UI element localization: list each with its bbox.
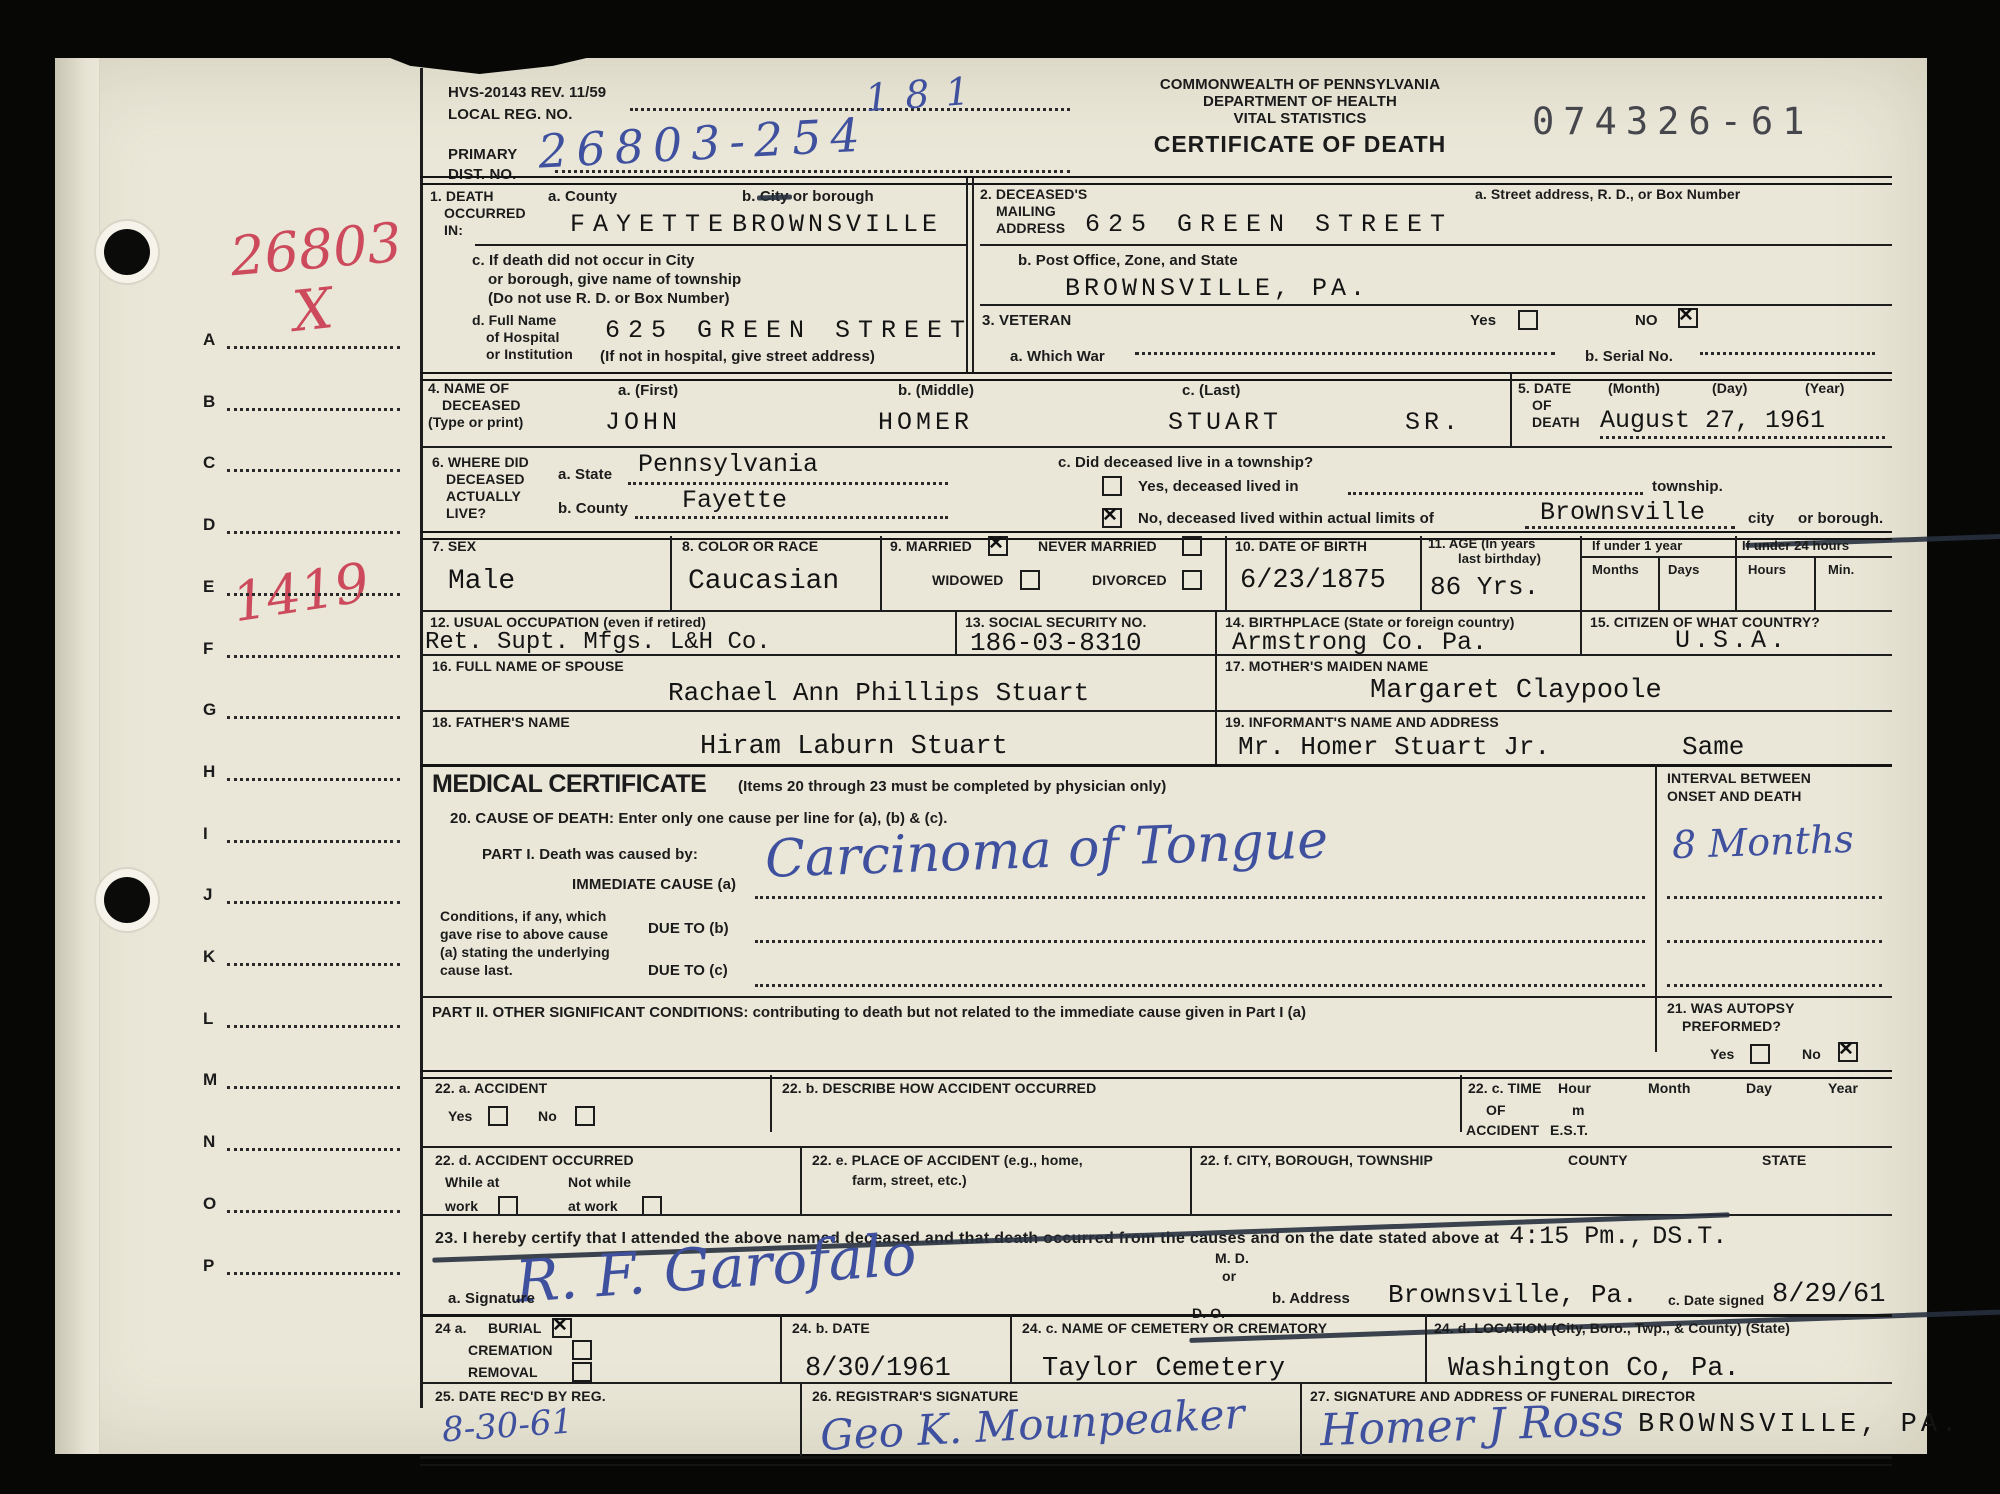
cell-divider [1580,536,1582,610]
margin-index-dotted-line [227,1148,400,1151]
rule-line [420,764,1892,767]
never-married-checkbox [1182,536,1202,556]
removal-checkbox [572,1362,592,1382]
s22e-label: farm, street, etc.) [852,1172,967,1188]
margin-index-dotted-line [227,963,400,966]
interval-label: INTERVAL BETWEEN [1667,770,1811,786]
s3-yes-label: Yes [1470,312,1496,329]
while-at-work-checkbox [498,1196,518,1216]
margin-index-dotted-line [227,469,400,472]
s6-township-question: c. Did deceased live in a township? [1058,454,1313,471]
s22-month-label: Month [1648,1080,1690,1096]
s21-autopsy-label: PREFORMED? [1682,1018,1781,1034]
cell-divider [770,1075,772,1132]
s1-d-label: d. Full Name [472,312,556,328]
cell-divider [1300,1382,1302,1456]
s17-mother-value: Margaret Claypoole [1370,676,1662,706]
form-bottom-border [420,1456,1892,1466]
s20-due-to-b-label: DUE TO (b) [648,920,729,937]
cell-divider [1190,1146,1192,1214]
s24-location-value: Washington Co, Pa. [1448,1354,1740,1384]
s11-months-label: Months [1592,562,1639,577]
s6-county-label: b. County [558,500,628,517]
s20-conditions-line: (a) stating the underlying [440,944,610,960]
s1-city-struck: City [760,188,789,205]
s6-yes-text: Yes, deceased lived in [1138,478,1299,495]
rule-line [980,304,1892,306]
s10-birth-label: 10. DATE OF BIRTH [1235,538,1367,554]
dotted-line [628,482,948,485]
section4-5-divider [1510,374,1512,446]
s22-est-label: E.S.T. [1550,1122,1588,1138]
s4-label: DECEASED [442,397,521,413]
medical-certificate-title: MEDICAL CERTIFICATE [432,770,706,799]
s2-street-value: 625 GREEN STREET [1085,210,1453,239]
form-number: HVS-20143 REV. 11/59 [448,84,606,101]
section-divider [420,1070,1892,1079]
s6-borough-word: or borough. [1798,510,1883,527]
cell-divider [955,610,957,654]
s4-suffix-value: SR. [1405,408,1462,437]
s12-occupation-label: 12. USUAL OCCUPATION (even if retired) [430,614,706,630]
s7-sex-label: 7. SEX [432,538,476,554]
s1-b-prefix: b. [742,188,756,205]
s4-last-label: c. (Last) [1182,382,1240,399]
s24-a-num: 24 a. [435,1320,467,1336]
veteran-no-checkbox-checked [1678,308,1698,328]
s5-month-label: (Month) [1608,380,1660,396]
s6-state-value: Pennsylvania [638,450,818,479]
s22-day-label: Day [1746,1080,1772,1096]
s22-no-label: No [538,1108,557,1124]
s8-race-label: 8. COLOR OR RACE [682,538,818,554]
s20-conditions-line: cause last. [440,962,513,978]
s21-yes-label: Yes [1710,1046,1734,1062]
township-yes-checkbox [1102,476,1122,496]
s1-label: OCCURRED [444,205,526,221]
s9-married-label: 9. MARRIED [890,538,972,554]
s3-no-label: NO [1635,312,1658,329]
not-while-at-work-checkbox [642,1196,662,1216]
margin-index-letter: F [203,639,213,659]
s2-label: 2. DECEASED'S [980,186,1087,202]
scanned-death-certificate: 26803 X 1419 ABCDEFGHIJKLMNOP HVS-20143 … [0,0,2000,1494]
margin-index-letter: I [203,824,208,844]
margin-index-letter: H [203,762,215,782]
funeral-director-signature-handwritten: Homer J Ross [1319,1395,1625,1457]
s1-c-line2: or borough, give name of township [488,271,741,288]
s22d-work: work [445,1198,478,1214]
s22d-at-work: at work [568,1198,618,1214]
s23-signature-label: a. Signature [448,1290,535,1307]
vital-statistics-line: VITAL STATISTICS [980,110,1620,127]
s22-time-label: OF [1486,1102,1506,1118]
dotted-line [1135,352,1555,355]
margin-index-dotted-line [227,1025,400,1028]
s19-informant-address-value: Same [1682,732,1744,762]
cell-divider [800,1146,802,1214]
s24-burial-label: BURIAL [488,1320,541,1336]
cell-divider [780,1314,782,1382]
margin-index-letter: P [203,1256,214,1276]
s22-time-label: 22. c. TIME [1468,1080,1541,1096]
margin-index-letter: M [203,1070,217,1090]
rule-line [420,1382,1892,1384]
s25-date-recd-label: 25. DATE REC'D BY REG. [435,1388,606,1404]
s1-borough-value: BROWNSVILLE [732,210,941,239]
s1-hospital-value: 625 GREEN STREET [605,316,973,345]
rule-line [420,654,1892,656]
s20-conditions-line: Conditions, if any, which [440,908,606,924]
perforated-edge [55,58,100,1454]
s16-spouse-label: 16. FULL NAME OF SPOUSE [432,658,624,674]
dotted-line [1348,492,1643,495]
dotted-line [755,984,1645,987]
s21-autopsy-label: 21. WAS AUTOPSY [1667,1000,1795,1016]
margin-index-dotted-line [227,346,400,349]
s6-state-label: a. State [558,466,612,483]
section-divider [420,176,1892,185]
cell-divider [1215,654,1217,764]
s4-first-label: a. (First) [618,382,678,399]
s15-citizen-value: U.S.A. [1675,626,1789,655]
cell-divider [1010,1314,1012,1382]
medical-certificate-note: (Items 20 through 23 must be completed b… [738,778,1166,795]
s2-label: ADDRESS [996,220,1065,236]
rule-line [420,446,1892,448]
township-no-checkbox-checked [1102,508,1122,528]
primary-dist-value-handwritten: 26803-254 [537,107,870,178]
funeral-director-address-value: BROWNSVILLE, PA. [1638,1410,1961,1440]
local-reg-value-handwritten: 181 [864,68,987,120]
margin-index-letter: B [203,392,215,412]
s20-due-to-c-label: DUE TO (c) [648,962,728,979]
s11-under-year-label: If under 1 year [1592,538,1682,553]
dotted-line [1667,940,1882,943]
s11-hours-label: Hours [1748,562,1786,577]
margin-index-letter: G [203,700,216,720]
cell-divider [880,536,882,610]
accident-yes-checkbox [488,1106,508,1126]
dotted-line [1667,896,1882,899]
rule-line [420,996,1892,998]
s1-label: 1. DEATH [430,188,494,204]
paper-sheet: 26803 X 1419 ABCDEFGHIJKLMNOP HVS-20143 … [55,58,1927,1454]
s1-d-label: of Hospital [486,329,559,345]
s14-birthplace-value: Armstrong Co. Pa. [1232,628,1487,657]
s24-removal-label: REMOVAL [468,1364,538,1380]
s11-age-value: 86 Yrs. [1430,572,1539,602]
s23-date-value: 8/29/61 [1772,1280,1885,1310]
rule-line [420,1146,1892,1148]
margin-index-letter: O [203,1194,216,1214]
margin-index-letter: D [203,515,215,535]
s4-middle-label: b. (Middle) [898,382,974,399]
margin-index-letter: C [203,453,215,473]
margin-index-dotted-line [227,593,400,596]
autopsy-no-checkbox-checked [1838,1042,1858,1062]
s1-d-note: (If not in hospital, give street address… [600,348,875,365]
margin-index-letter: L [203,1009,213,1029]
dotted-line [755,896,1645,899]
margin-annotation-red-x: X [290,276,336,345]
s23-address-value: Brownsville, Pa. [1388,1280,1638,1310]
s11-min-label: Min. [1828,562,1854,577]
s2-postoffice-value: BROWNSVILLE, PA. [1065,274,1369,303]
married-checkbox-checked [988,536,1008,556]
rule-line [420,710,1892,712]
cell-divider [1420,536,1422,610]
s24-date-label: 24. b. DATE [792,1320,870,1336]
burial-checkbox-checked [552,1318,572,1338]
s6-label: 6. WHERE DID [432,454,529,470]
autopsy-yes-checkbox [1750,1044,1770,1064]
s4-first-value: JOHN [605,408,681,437]
part2-rest: contributing to death but not related to… [753,1004,1306,1021]
s1-b-rest: or borough [793,188,874,205]
margin-index-dotted-line [227,1210,400,1213]
certificate-title: CERTIFICATE OF DEATH [980,131,1620,158]
rule-line [1735,556,1892,558]
margin-index-dotted-line [227,408,400,411]
dotted-line [635,516,948,519]
cell-divider [1580,610,1582,654]
rule-line [420,610,1892,612]
s4-last-value: STUART [1168,408,1282,437]
dotted-line [1600,436,1885,439]
section-divider [420,372,1892,381]
margin-index-letter: J [203,885,212,905]
s9-divorced-label: DIVORCED [1092,572,1167,588]
s22-accident-label: 22. a. ACCIDENT [435,1080,547,1096]
header-agency-block: COMMONWEALTH OF PENNSYLVANIA DEPARTMENT … [980,76,1620,158]
s5-year-label: (Year) [1805,380,1845,396]
s24-cremation-label: CREMATION [468,1342,553,1358]
interval-label: ONSET AND DEATH [1667,788,1802,804]
s6-borough-value: Brownsville [1540,498,1705,527]
form-left-border [420,68,423,1408]
s10-birth-value: 6/23/1875 [1240,566,1386,596]
s24-date-value: 8/30/1961 [805,1354,951,1384]
dotted-line [1525,526,1735,529]
s22f-state-label: STATE [1762,1152,1806,1168]
s22d-label: 22. d. ACCIDENT OCCURRED [435,1152,634,1168]
s22-hour-label: Hour [1558,1080,1591,1096]
cell-divider [1658,558,1660,610]
s11-days-label: Days [1668,562,1699,577]
s23-md-label: M. D. [1215,1250,1249,1266]
cell-divider [800,1382,802,1456]
margin-index-dotted-line [227,655,400,658]
s19-informant-value: Mr. Homer Stuart Jr. [1238,732,1550,762]
s4-middle-value: HOMER [878,408,973,437]
dotted-line [1667,984,1882,987]
s6-label: ACTUALLY [446,488,521,504]
s7-sex-value: Male [448,566,515,597]
s24-cemetery-label: 24. c. NAME OF CEMETERY OR CREMATORY [1022,1320,1327,1336]
s6-no-text: No, deceased lived within actual limits … [1138,510,1434,527]
s1-label: IN: [444,222,463,238]
rule-line [1580,556,1735,558]
s24-cemetery-value: Taylor Cemetery [1042,1354,1285,1384]
s17-mother-label: 17. MOTHER'S MAIDEN NAME [1225,658,1428,674]
s21-no-label: No [1802,1046,1821,1062]
s1-borough-label: b. City or borough [742,188,874,205]
s22d-while-at: While at [445,1174,499,1190]
s23-tz-rest: S.T. [1667,1222,1727,1251]
veteran-yes-checkbox [1518,310,1538,330]
section-6-residence: 6. WHERE DID DECEASED ACTUALLY LIVE? a. … [420,58,1898,75]
rule-line [475,244,966,246]
s1-county-value: FAYETTE [570,210,731,239]
s12-occupation-value: Ret. Supt. Mfgs. L&H Co. [425,629,771,656]
rule-line [980,244,1892,246]
s6-township-word: township. [1652,478,1723,495]
s20-cause-label: 20. CAUSE OF DEATH: Enter only one cause… [450,810,948,827]
s20-part1-label: PART I. Death was caused by: [482,846,698,863]
part2-text: PART II. OTHER SIGNIFICANT CONDITIONS: c… [432,1004,1647,1021]
s1-c-line1: c. If death did not occur in City [472,252,694,269]
s22-time-label: ACCIDENT [1466,1122,1539,1138]
margin-index-dotted-line [227,778,400,781]
s5-label: OF [1532,397,1552,413]
s2-street-label: a. Street address, R. D., or Box Number [1475,186,1740,202]
interval-column-divider [1655,764,1657,1052]
widowed-checkbox [1020,570,1040,590]
s8-race-value: Caucasian [688,566,839,597]
s22e-label: 22. e. PLACE OF ACCIDENT (e.g., home, [812,1152,1083,1168]
cell-divider [1425,1314,1427,1382]
s11-age-label: 11. AGE (In years [1428,536,1535,551]
cell-divider [1215,610,1217,654]
cell-divider [670,536,672,610]
s23-time-value: 4:15 Pm., [1509,1222,1644,1251]
s9-widowed-label: WIDOWED [932,572,1003,588]
commonwealth-line: COMMONWEALTH OF PENNSYLVANIA [980,76,1620,93]
cremation-checkbox [572,1340,592,1360]
s3-serial-label: b. Serial No. [1585,348,1673,365]
s6-county-value: Fayette [682,486,787,515]
s23-date-signed-label: c. Date signed [1668,1292,1764,1308]
margin-index-letter: K [203,947,215,967]
s11-under-24h-label: If under 24 hours [1742,538,1849,553]
s19-informant-label: 19. INFORMANT'S NAME AND ADDRESS [1225,714,1499,730]
certificate-form: HVS-20143 REV. 11/59 LOCAL REG. NO. 181 … [420,58,1898,1458]
s1-county-label: a. County [548,188,617,205]
margin-index-dotted-line [227,901,400,904]
margin-index-letter: E [203,577,214,597]
punch-hole-bottom [104,877,150,923]
s5-date-value: August 27, 1961 [1600,406,1825,435]
punch-hole-top [104,229,150,275]
s5-day-label: (Day) [1712,380,1748,396]
s22f-county-label: COUNTY [1568,1152,1628,1168]
s23-or-label: or [1222,1268,1236,1284]
local-reg-label: LOCAL REG. NO. [448,106,572,123]
s18-father-value: Hiram Laburn Stuart [700,732,1008,762]
s22-describe-label: 22. b. DESCRIBE HOW ACCIDENT OCCURRED [782,1080,1096,1096]
accident-no-checkbox [575,1106,595,1126]
cell-divider [1814,558,1816,610]
margin-index-dotted-line [227,1272,400,1275]
s6-label: DECEASED [446,471,525,487]
interval-value-handwritten: 8 Months [1671,817,1854,867]
part2-bold: PART II. OTHER SIGNIFICANT CONDITIONS: [432,1004,748,1021]
margin-index-letter: N [203,1132,215,1152]
margin-index-dotted-line [227,531,400,534]
s6-label: LIVE? [446,505,486,521]
s4-label: 4. NAME OF [428,380,509,396]
department-line: DEPARTMENT OF HEALTH [980,93,1620,110]
s1-c-line3: (Do not use R. D. or Box Number) [488,290,730,307]
s9-never-married-label: NEVER MARRIED [1038,538,1157,554]
s18-father-label: 18. FATHER'S NAME [432,714,570,730]
margin-index-dotted-line [227,716,400,719]
margin-index-letter: A [203,330,215,350]
divorced-checkbox [1182,570,1202,590]
s4-label: (Type or print) [428,414,523,430]
s1-d-label: or Institution [486,346,573,362]
s16-spouse-value: Rachael Ann Phillips Stuart [668,678,1089,708]
certificate-number-stamp: 074326-61 [1532,100,1813,143]
s23-address-label: b. Address [1272,1290,1350,1307]
margin-index-dotted-line [227,1086,400,1089]
s22-m-label: m [1572,1102,1585,1118]
cell-divider [1735,536,1737,610]
s5-label: 5. DATE [1518,380,1571,396]
s3-which-war-label: a. Which War [1010,348,1105,365]
cell-divider [1225,536,1227,610]
s11-age-label: last birthday) [1458,551,1541,566]
s23-tz-struck: D [1652,1222,1667,1251]
primary-dist-label-1: PRIMARY [448,146,517,163]
s3-veteran-label: 3. VETERAN [982,312,1071,329]
s25-date-recd-handwritten: 8-30-61 [441,1401,575,1450]
s2-label: MAILING [996,203,1056,219]
dotted-line [755,940,1645,943]
s22-yes-label: Yes [448,1108,472,1124]
s5-label: DEATH [1532,414,1580,430]
s22f-label: 22. f. CITY, BOROUGH, TOWNSHIP [1200,1152,1433,1168]
cell-divider [1460,1075,1462,1132]
s24-location-label: 24. d. LOCATION (City, Boro., Twp., & Co… [1434,1320,1790,1336]
rule-line [420,1314,1892,1317]
s20-immediate-cause-label: IMMEDIATE CAUSE (a) [572,876,736,893]
s20-conditions-line: gave rise to above cause [440,926,608,942]
dotted-line [1700,352,1875,355]
margin-index-dotted-line [227,840,400,843]
s22-year-label: Year [1828,1080,1858,1096]
s22d-not-while: Not while [568,1174,631,1190]
s2-postoffice-label: b. Post Office, Zone, and State [1018,252,1238,269]
